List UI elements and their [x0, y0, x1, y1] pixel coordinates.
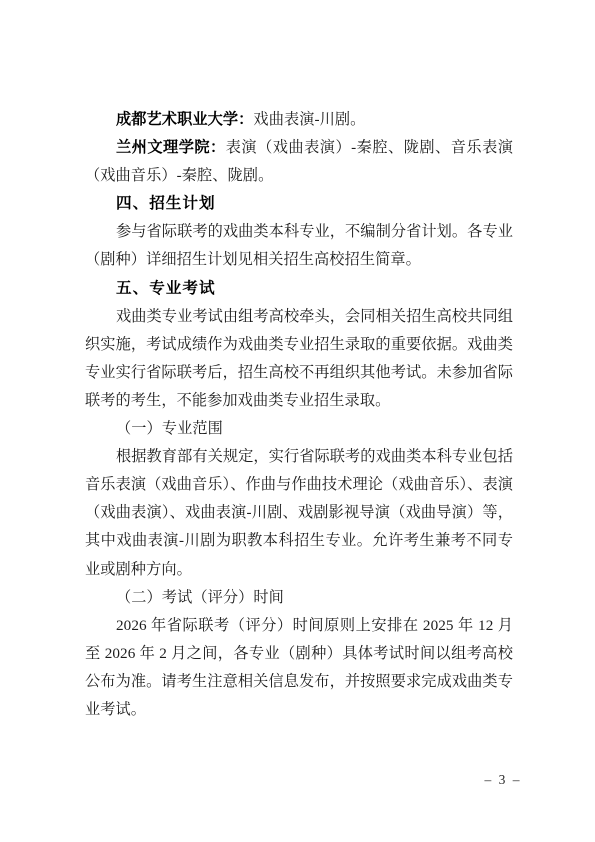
paragraph-chengdu-university: 成都艺术职业大学：戏曲表演-川剧。 [85, 106, 513, 134]
paragraph-exam-organization: 戏曲类专业考试由组考高校牵头，会同相关招生高校共同组织实施，考试成绩作为戏曲类专… [85, 303, 513, 415]
heading-section-4-enrollment-plan: 四、招生计划 [85, 190, 513, 218]
paragraph-enrollment-plan: 参与省际联考的戏曲类本科专业，不编制分省计划。各专业（剧种）详细招生计划见相关招… [85, 218, 513, 274]
paragraph-lanzhou-college: 兰州文理学院：表演（戏曲表演）-秦腔、陇剧、音乐表演（戏曲音乐）-秦腔、陇剧。 [85, 134, 513, 190]
document-page: 成都艺术职业大学：戏曲表演-川剧。 兰州文理学院：表演（戏曲表演）-秦腔、陇剧、… [0, 0, 595, 842]
paragraph-exam-time: 2026 年省际联考（评分）时间原则上安排在 2025 年 12 月至 2026… [85, 612, 513, 724]
subheading-exam-time: （二）考试（评分）时间 [85, 584, 513, 612]
school-name-chengdu: 成都艺术职业大学： [116, 111, 253, 128]
subheading-major-scope: （一）专业范围 [85, 415, 513, 443]
paragraph-major-scope: 根据教育部有关规定，实行省际联考的戏曲类本科专业包括音乐表演（戏曲音乐）、作曲与… [85, 443, 513, 583]
document-body: 成都艺术职业大学：戏曲表演-川剧。 兰州文理学院：表演（戏曲表演）-秦腔、陇剧、… [85, 106, 513, 724]
heading-section-5-professional-exam: 五、专业考试 [85, 275, 513, 303]
page-number: – 3 – [478, 772, 528, 788]
school-name-lanzhou: 兰州文理学院： [116, 139, 226, 156]
school-majors-chengdu: 戏曲表演-川剧。 [253, 111, 365, 128]
